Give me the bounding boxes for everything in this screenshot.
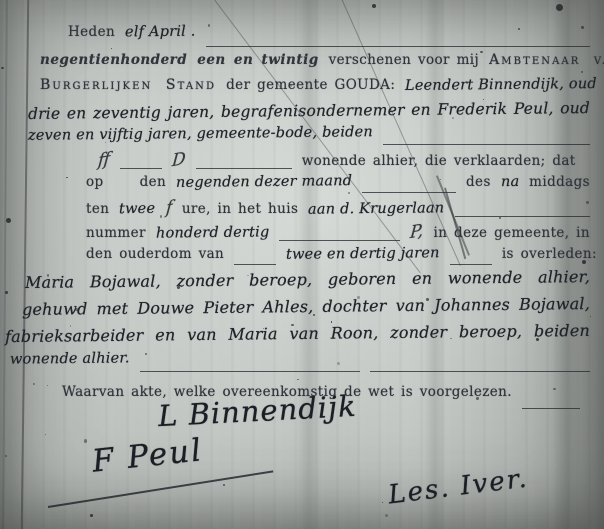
document-photo: Hedenelf April .negentienhonderdeen en t… <box>0 0 604 529</box>
handwritten-flourish: ff <box>97 149 111 171</box>
handwritten-text: twee <box>119 201 155 217</box>
handwritten-text: negenden dezer maand <box>176 173 352 191</box>
document-line: Hedenelf April . <box>68 22 590 52</box>
printed-text: der gemeente GOUDA: <box>226 77 395 93</box>
document-line: negentienhonderdeen en twintigverschenen… <box>40 52 590 77</box>
certificate-text-block: Hedenelf April .negentienhonderdeen en t… <box>0 0 604 414</box>
signature-flourish-underline <box>48 470 274 508</box>
printed-text: des <box>466 174 491 190</box>
printed-text: nummer <box>86 225 146 241</box>
blank-rule <box>370 371 590 372</box>
printed-italic-text: een en twintig <box>197 52 318 68</box>
printed-smallcaps-text: Ambtenaar van den <box>489 52 604 68</box>
blank-rule <box>279 240 400 241</box>
blank-rule <box>206 46 590 47</box>
dust-speck <box>45 434 46 435</box>
document-line: Maria Bojawal, zonder beroep, geboren en… <box>25 270 590 297</box>
blank-rule <box>120 168 162 169</box>
handwritten-text: na <box>501 174 520 190</box>
blank-rule <box>196 168 292 169</box>
ink-blotch <box>90 514 93 517</box>
dust-speck <box>5 455 7 457</box>
dust-speck <box>385 514 388 517</box>
handwritten-text: wonende alhier. <box>10 350 130 367</box>
handwritten-text: fabrieksarbeider en van Maria van Roon, … <box>5 321 590 346</box>
handwritten-flourish: f <box>165 197 173 219</box>
dust-speck <box>84 439 87 443</box>
handwritten-text: zeven en vijftig jaren, gemeente-bode, b… <box>28 124 373 144</box>
blank-rule <box>455 216 590 217</box>
printed-text: verschenen voor mij <box>329 52 479 68</box>
handwritten-text: Maria Bojawal, zonder beroep, geboren en… <box>25 267 590 292</box>
handwritten-text: Leendert Binnendijk, oud <box>405 76 597 94</box>
document-line: gehuwd met Douwe Pieter Ahles, dochter v… <box>22 297 590 324</box>
blank-rule <box>234 264 276 265</box>
printed-text: ten <box>86 201 109 217</box>
document-line: Burgerlijken Standder gemeente GOUDA:Lee… <box>40 77 590 102</box>
printed-text: Heden <box>68 24 115 40</box>
printed-text: middags <box>529 174 590 190</box>
document-line: wonende alhier. <box>10 351 590 377</box>
document-line: fabrieksarbeider en van Maria van Roon, … <box>5 324 590 351</box>
printed-text: ure, in het huis <box>182 201 298 217</box>
handwritten-text: gehuwd met Douwe Pieter Ahles, dochter v… <box>22 294 590 319</box>
printed-text: is overleden: <box>502 246 597 262</box>
document-line: tentweefure, in het huisaan d. Krugerlaa… <box>86 198 590 222</box>
handwritten-text: honderd dertig <box>156 224 270 241</box>
handwritten-text: drie en zeventig jaren, begrafenisondern… <box>28 99 590 123</box>
document-line: ffDwonende alhier, die verklaarden; dat <box>98 150 590 174</box>
document-line: den ouderdom vantwee en dertig jarenis o… <box>86 246 590 270</box>
document-line: opdennegenden dezer maanddesnamiddags <box>86 174 590 198</box>
signature-declarant-2: F Peul <box>90 432 204 479</box>
document-line: nummerhonderd dertigP,in deze gemeente, … <box>86 222 590 246</box>
printed-text: in deze gemeente, in <box>434 225 590 241</box>
handwritten-flourish: D <box>171 149 186 172</box>
handwritten-text: twee en dertig jaren <box>286 245 440 263</box>
printed-text: op <box>86 174 104 190</box>
blank-rule <box>362 192 456 193</box>
printed-text: wonende alhier, die verklaarden; dat <box>302 153 576 169</box>
printed-text: den ouderdom van <box>86 246 224 262</box>
blank-rule <box>450 264 492 265</box>
handwritten-text: aan d. Krugerlaan <box>308 200 444 217</box>
blank-rule <box>140 371 360 372</box>
blank-rule <box>383 144 590 145</box>
handwritten-text: elf April . <box>125 24 196 41</box>
document-line: drie en zeventig jaren, begrafenisondern… <box>28 102 590 126</box>
blank-rule <box>522 408 580 409</box>
printed-smallcaps-text: Burgerlijken Stand <box>40 77 216 93</box>
printed-text: den <box>140 174 167 190</box>
dust-speck <box>223 484 225 486</box>
signature-registrar: Les. Iver. <box>387 464 530 511</box>
handwritten-flourish: P, <box>409 221 424 244</box>
document-line: zeven en vijftig jaren, gemeente-bode, b… <box>28 126 590 150</box>
dust-speck <box>382 502 383 503</box>
printed-italic-text: negentienhonderd <box>40 52 187 68</box>
